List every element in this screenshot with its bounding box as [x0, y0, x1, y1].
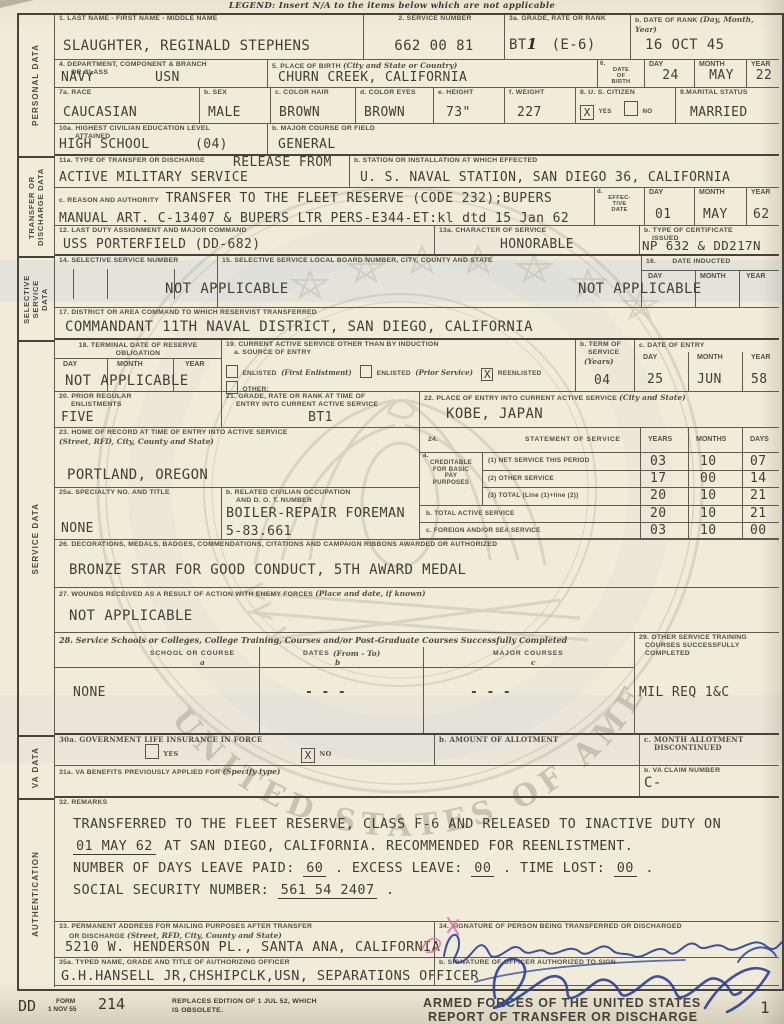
footer-dd: DD — [18, 997, 36, 1015]
box-23-label: 23. HOME OF RECORD AT TIME OF ENTRY INTO… — [59, 429, 417, 437]
box-13a-label: 13a. CHARACTER OF SERVICE — [439, 227, 637, 235]
box-13b-value: NP 632 & DD217N — [642, 238, 761, 253]
insurance-yes-label: YES — [163, 750, 178, 758]
box-7e-value: 73" — [446, 105, 471, 120]
sidebar-auth-label: AUTHENTICATION — [31, 851, 40, 937]
box-25b-civilian-occupation: b. RELATED CIVILIAN OCCUPATION AND D. O.… — [222, 488, 420, 540]
box-19c-month-value: JUN — [697, 372, 722, 387]
statement-row2-label: (2) OTHER SERVICE — [488, 475, 554, 483]
box-19c-date-of-entry: c. DATE OF ENTRY DAY MONTH YEAR 25 JUN 5… — [635, 340, 779, 392]
citizen-yes-checkbox: X — [580, 105, 594, 120]
box-27-label: 27. WOUNDS RECEIVED AS A RESULT OF ACTIO… — [59, 591, 313, 598]
box-19-source-of-entry: 19. CURRENT ACTIVE SERVICE OTHER THAN BY… — [222, 340, 576, 392]
statement-num: 24. — [428, 436, 438, 444]
box-18-year-header: YEAR — [185, 361, 204, 368]
box-5-label: 5. PLACE OF BIRTH — [272, 63, 341, 70]
box-19b-label1: b. TERM OF — [580, 341, 632, 349]
statement-row2-years: 17 — [650, 471, 666, 486]
box-32-remarks: 32. REMARKS TRANSFERRED TO THE FLEET RES… — [55, 798, 779, 922]
box-4-value-usn: USN — [155, 70, 180, 85]
box-5-note: (City and State or Country) — [343, 61, 457, 70]
statement-row4-label: b. TOTAL ACTIVE SERVICE — [426, 510, 514, 518]
box-26-label: 26. DECORATIONS, MEDALS, BADGES, COMMEND… — [59, 541, 777, 549]
box-11d-day-value: 01 — [655, 207, 671, 222]
box-31b-label: b. VA CLAIM NUMBER — [644, 767, 777, 775]
statement-row5-months: 10 — [700, 523, 716, 538]
remarks-line3d: . — [637, 860, 654, 876]
box-26-value: BRONZE STAR FOR GOOD CONDUCT, 5TH AWARD … — [69, 562, 466, 578]
box-25b-label1: b. RELATED CIVILIAN OCCUPATION — [226, 489, 417, 497]
footer-page-number: 1 — [760, 998, 770, 1017]
box-28-title: 28. Service Schools or Colleges, College… — [55, 633, 634, 645]
box-11c-label: c. REASON AND AUTHORITY — [59, 197, 159, 204]
box-7b-value: MALE — [208, 105, 241, 120]
box-11d-month-header: MONTH — [699, 189, 744, 196]
box-11d-month: MONTH MAY — [695, 188, 747, 226]
enlisted-first-note: (First Enlistment) — [281, 368, 352, 377]
box-9-marital: 9.MARITAL STATUS MARRIED — [676, 88, 779, 124]
box-31b-value: C- — [644, 775, 777, 791]
box-33-label1: 33. PERMANENT ADDRESS FOR MAILING PURPOS… — [59, 923, 432, 931]
box-28-col2-sub: b — [335, 658, 340, 667]
enlisted-first-label: ENLISTED — [242, 370, 276, 377]
statement-row3-years: 20 — [650, 488, 666, 503]
box-1-value: SLAUGHTER, REGINALD STEPHENS — [63, 38, 310, 54]
box-18-label1: 18. TERMINAL DATE OF RESERVE — [55, 340, 221, 350]
box-19c-day-header: DAY — [643, 354, 657, 361]
box-7c-label: c. COLOR HAIR — [275, 89, 353, 97]
box-3a-handwritten-1: 1 — [527, 35, 537, 53]
enlisted-first-checkbox — [226, 365, 238, 378]
box-25b-value2: 5-83.661 — [226, 524, 417, 539]
box-7a-value: CAUCASIAN — [63, 105, 137, 120]
box-12-value: USS PORTERFIELD (DD-682) — [63, 237, 260, 252]
box-6-day: DAY 24 — [645, 60, 695, 88]
box-10a-value-code: (04) — [195, 137, 228, 152]
box-16-month-header: MONTH — [700, 273, 726, 280]
statement-col-years: YEARS — [648, 436, 672, 443]
box-7e-label: e. HEIGHT — [438, 89, 502, 97]
box-18-label2: OBLIGATION — [55, 350, 221, 358]
box-16-day-header: DAY — [648, 273, 662, 280]
box-6-num: 6. — [600, 61, 606, 67]
box-31a-va-benefits: 31a. VA BENEFITS PREVIOUSLY APPLIED FOR … — [55, 766, 640, 798]
box-3b-label: b. DATE OF RANK — [635, 17, 698, 24]
box-28-col3-sub: c — [531, 658, 536, 667]
box-5-value: CHURN CREEK, CALIFORNIA — [278, 70, 467, 85]
box-19-label1: 19. CURRENT ACTIVE SERVICE OTHER THAN BY… — [226, 341, 573, 349]
statement-side-purposes: PURPOSES — [420, 480, 482, 487]
box-28-value3: - - - — [470, 685, 511, 700]
box-10a-education: 10a. HIGHEST CIVILIAN EDUCATION LEVEL AT… — [55, 124, 268, 156]
box-11a-value2: ACTIVE MILITARY SERVICE — [59, 170, 248, 185]
box-7f-weight: f. WEIGHT 227 — [505, 88, 576, 124]
box-3b-note2: Year) — [635, 25, 777, 34]
remarks-line4a: SOCIAL SECURITY NUMBER: — [73, 882, 278, 898]
box-19b-label2: SERVICE — [580, 349, 632, 357]
box-17-value: COMMANDANT 11TH NAVAL DISTRICT, SAN DIEG… — [65, 319, 533, 335]
box-6-month-header: MONTH — [699, 61, 744, 68]
box-7a-label: 7a. RACE — [59, 89, 197, 97]
box-12-label: 12. LAST DUTY ASSIGNMENT AND MAJOR COMMA… — [59, 227, 432, 235]
sidebar-authentication: AUTHENTICATION — [17, 798, 55, 987]
box-13a-character: 13a. CHARACTER OF SERVICE HONORABLE — [435, 226, 640, 256]
sidebar-va-label: VA DATA — [31, 747, 40, 788]
box-34-label: 34. SIGNATURE OF PERSON BEING TRANSFERRE… — [439, 923, 777, 931]
box-1-name: 1. LAST NAME - FIRST NAME - MIDDLE NAME … — [55, 14, 364, 60]
box-10a-label1: 10a. HIGHEST CIVILIAN EDUCATION LEVEL — [59, 125, 265, 133]
sidebar-personal-data: PERSONAL DATA — [17, 14, 55, 156]
remarks-time-lost-value: 00 — [614, 860, 637, 877]
box-35b-label: b. SIGNATURE OF OFFICER AUTHORIZED TO SI… — [439, 959, 777, 967]
box-24-statement: 24. STATEMENT OF SERVICE YEARS MONTHS DA… — [420, 428, 779, 540]
footer-form-date: 1 NOV 55 — [48, 1006, 77, 1013]
statement-title: STATEMENT OF SERVICE — [525, 436, 620, 444]
box-25a-label: 25a. SPECIALTY NO. AND TITLE — [59, 489, 219, 497]
footer-form-number: 214 — [98, 995, 125, 1013]
box-30c-label2: DISCONTINUED — [644, 744, 777, 752]
box-18-month-header: MONTH — [117, 361, 143, 368]
box-11d-month-value: MAY — [703, 207, 728, 222]
box-22-place-of-entry: 22. PLACE OF ENTRY INTO CURRENT ACTIVE S… — [420, 392, 779, 428]
box-11d-word3: DATE — [597, 207, 642, 213]
statement-row3-label: (3) TOTAL (Line (1)+line (2)) — [488, 492, 579, 500]
box-11d-year: YEAR 62 — [747, 188, 779, 226]
box-7d-value: BROWN — [364, 105, 405, 120]
box-35a-authorizing-officer: 35a. TYPED NAME, GRADE AND TITLE OF AUTH… — [55, 958, 435, 986]
box-9-value: MARRIED — [690, 105, 748, 120]
box-10b-label: b. MAJOR COURSE OR FIELD — [272, 125, 777, 133]
box-11d-year-value: 62 — [753, 207, 769, 222]
box-20-value: FIVE — [61, 410, 94, 425]
box-21-value: BT1 — [222, 410, 419, 425]
remarks-line2-rest: AT SAN DIEGO, CALIFORNIA. RECOMMENDED FO… — [156, 838, 634, 854]
box-20-label1: 20. PRIOR REGULAR — [59, 393, 219, 401]
box-27-wounds: 27. WOUNDS RECEIVED AS A RESULT OF ACTIO… — [55, 588, 779, 633]
box-31a-label: 31a. VA BENEFITS PREVIOUSLY APPLIED FOR — [59, 769, 220, 776]
statement-row4-days: 21 — [750, 506, 766, 521]
statement-col-months: MONTHS — [696, 436, 726, 443]
remarks-line3b: . EXCESS LEAVE: — [326, 860, 471, 876]
remarks-excess-leave-value: 00 — [471, 860, 494, 877]
remarks-line4b: . — [377, 882, 394, 898]
box-6-word3: BIRTH — [600, 79, 642, 85]
box-6-day-value: 24 — [649, 68, 692, 83]
box-21-label1: 21. GRADE, RATE OR RANK AT TIME OF — [226, 393, 417, 401]
box-11d-day-header: DAY — [649, 189, 692, 196]
box-23-value: PORTLAND, OREGON — [67, 467, 208, 483]
citizen-no-checkbox — [624, 101, 638, 116]
box-30c-month-discontinued: c. MONTH ALLOTMENT DISCONTINUED — [640, 735, 779, 766]
box-16-value-overlay: NOT APPLICABLE — [578, 281, 702, 297]
box-22-value: KOBE, JAPAN — [446, 406, 543, 422]
box-3a-label: 3a. GRADE, RATE OR RANK — [509, 15, 628, 23]
box-4-label1: 4. DEPARTMENT, COMPONENT & BRANCH — [59, 61, 265, 69]
box-10b-value: GENERAL — [278, 137, 336, 152]
remarks-line1: TRANSFERRED TO THE FLEET RESERVE, CLASS … — [73, 816, 777, 832]
box-6-year: YEAR 22 — [747, 60, 779, 88]
box-19c-month-header: MONTH — [697, 354, 723, 361]
box-11c-value2: MANUAL ART. C-13407 & BUPERS LTR PERS-E3… — [59, 211, 592, 226]
box-19b-value: 04 — [594, 373, 610, 388]
footer-form: FORM — [56, 998, 75, 1005]
statement-row4-months: 10 — [700, 506, 716, 521]
box-20-prior-enlistments: 20. PRIOR REGULAR ENLISTMENTS FIVE — [55, 392, 222, 428]
box-28-value1: NONE — [73, 685, 106, 700]
box-18-value-overlay: NOT APPLICABLE — [65, 373, 189, 389]
box-22-note: (City and State) — [619, 393, 686, 402]
statement-row1-months: 10 — [700, 454, 716, 469]
box-27-note: (Place and date, if known) — [315, 589, 425, 598]
box-30a-life-insurance: 30a. GOVERNMENT LIFE INSURANCE IN FORCE … — [55, 735, 435, 766]
box-28-col3-header: MAJOR COURSES — [493, 650, 563, 658]
reenlisted-checkbox: X — [481, 368, 493, 381]
statement-row3-months: 10 — [700, 488, 716, 503]
box-11d-day: DAY 01 — [645, 188, 695, 226]
box-19c-label: c. DATE OF ENTRY — [635, 340, 779, 350]
box-3a-value-e6: (E-6) — [552, 37, 596, 53]
box-11a-type: 11a. TYPE OF TRANSFER OR DISCHARGE RELEA… — [55, 156, 350, 188]
box-7f-value: 227 — [517, 105, 542, 120]
box-31a-note: (Specify type) — [222, 767, 280, 776]
box-23-note: (Street, RFD, City, County and State) — [59, 437, 417, 446]
box-4-department: 4. DEPARTMENT, COMPONENT & BRANCH OR CLA… — [55, 60, 268, 88]
box-19c-day-value: 25 — [647, 372, 663, 387]
box-11d-year-header: YEAR — [751, 189, 777, 196]
citizen-no-label: NO — [643, 108, 653, 115]
insurance-no-checkbox: X — [301, 748, 315, 763]
box-7e-height: e. HEIGHT 73" — [434, 88, 505, 124]
enlisted-prior-note: (Prior Service) — [415, 368, 473, 377]
box-3b-note: (Day, Month, — [700, 15, 754, 24]
box-19-label2: a. SOURCE OF ENTRY — [226, 349, 573, 357]
footer-replaces-line2: IS OBSOLETE. — [172, 1007, 223, 1014]
box-28-schools: 28. Service Schools or Colleges, College… — [55, 633, 635, 735]
statement-row4-years: 20 — [650, 506, 666, 521]
box-19c-year-value: 58 — [751, 372, 767, 387]
box-28-col1-sub: a — [200, 658, 205, 667]
box-35a-value: G.H.HANSELL JR,CHSHIPCLK,USN, SEPARATION… — [61, 968, 479, 984]
box-29-label1: 29. OTHER SERVICE TRAINING — [639, 634, 777, 642]
box-7f-label: f. WEIGHT — [509, 89, 573, 97]
box-13a-value: HONORABLE — [435, 237, 639, 252]
remarks-ssn-value: 561 54 2407 — [278, 882, 378, 899]
statement-row1-label: (1) NET SERVICE THIS PERIOD — [488, 457, 589, 465]
box-18-day-header: DAY — [63, 361, 77, 368]
box-15-label: 15. SELECTIVE SERVICE LOCAL BOARD NUMBER… — [222, 257, 639, 265]
box-11b-label: b. STATION OR INSTALLATION AT WHICH EFFE… — [354, 157, 777, 165]
statement-row2-months: 00 — [700, 471, 716, 486]
box-19b-term: b. TERM OF SERVICE (Years) 04 — [576, 340, 635, 392]
box-6-month: MONTH MAY — [695, 60, 747, 88]
box-28-value2: - - - — [305, 685, 346, 700]
box-9-label: 9.MARITAL STATUS — [680, 89, 777, 97]
box-33-value: 5210 W. HENDERSON PL., SANTA ANA, CALIFO… — [65, 939, 440, 955]
sidebar-selective-line2: SERVICE — [31, 280, 40, 318]
remarks-line2-date: 01 MAY 62 — [73, 838, 156, 855]
box-12-last-duty: 12. LAST DUTY ASSIGNMENT AND MAJOR COMMA… — [55, 226, 435, 256]
box-10b-major: b. MAJOR COURSE OR FIELD GENERAL — [268, 124, 779, 156]
sidebar-service-data: SERVICE DATA — [17, 340, 55, 735]
sidebar-personal-label: PERSONAL DATA — [31, 44, 40, 126]
box-29-other-training: 29. OTHER SERVICE TRAINING COURSES SUCCE… — [635, 633, 779, 735]
sidebar-selective-data: SELECTIVE SERVICE DATA — [17, 256, 55, 340]
sidebar-selective-line1: SELECTIVE — [22, 275, 31, 324]
box-17-district: 17. DISTRICT OR AREA COMMAND TO WHICH RE… — [55, 308, 779, 340]
box-7a-race: 7a. RACE CAUCASIAN — [55, 88, 200, 124]
box-28-col2-header: DATES — [303, 650, 330, 658]
dd214-form-page: UNITED STATES OF AMERICA LEGEND: Insert … — [0, 0, 784, 1024]
citizen-yes-label: YES — [598, 108, 611, 115]
statement-row5-label: c. FOREIGN AND/OR SEA SERVICE — [426, 527, 541, 535]
box-2-service-number: 2. SERVICE NUMBER 662 00 81 — [364, 14, 505, 60]
box-11a-value1: RELEASE FROM — [233, 155, 332, 170]
box-10a-value: HIGH SCHOOL — [59, 137, 150, 152]
box-17-label: 17. DISTRICT OR AREA COMMAND TO WHICH RE… — [59, 309, 777, 317]
footer-title-line2: REPORT OF TRANSFER OR DISCHARGE — [428, 1010, 698, 1024]
remarks-line3a: NUMBER OF DAYS LEAVE PAID: — [73, 860, 303, 876]
enlisted-prior-label: ENLISTED — [377, 370, 411, 377]
box-19b-note: (Years) — [580, 357, 632, 366]
box-3b-date-of-rank: b. DATE OF RANK (Day, Month, Year) 16 OC… — [631, 14, 779, 60]
remarks-line3c: . TIME LOST: — [494, 860, 613, 876]
statement-row5-years: 03 — [650, 523, 666, 538]
box-32-label: 32. REMARKS — [59, 799, 777, 807]
box-14-label: 14. SELECTIVE SERVICE NUMBER — [59, 257, 215, 265]
box-11c-reason: c. REASON AND AUTHORITY TRANSFER TO THE … — [55, 188, 595, 226]
box-31b-claim-number: b. VA CLAIM NUMBER C- — [640, 766, 779, 798]
sidebar-transfer-data: TRANSFER OR DISCHARGE DATA — [17, 156, 55, 256]
box-7d-color-eyes: d. COLOR EYES BROWN — [356, 88, 434, 124]
box-8-citizen: 8. U. S. CITIZEN X YES NO — [576, 88, 676, 124]
box-1-label: 1. LAST NAME - FIRST NAME - MIDDLE NAME — [59, 15, 361, 23]
statement-row5-days: 00 — [750, 523, 766, 538]
box-35a-label: 35a. TYPED NAME, GRADE AND TITLE OF AUTH… — [59, 959, 432, 967]
statement-row3-days: 21 — [750, 488, 766, 503]
box-13b-label1: b. TYPE OF CERTIFICATE — [644, 227, 777, 235]
box-3a-grade: 3a. GRADE, RATE OR RANK BT1 (E-6) — [505, 14, 631, 60]
box-19c-year-header: YEAR — [751, 354, 770, 361]
box-6-year-header: YEAR — [751, 61, 777, 68]
box-7c-value: BROWN — [279, 105, 320, 120]
box-29-label2: COURSES SUCCESSFULLY — [639, 642, 777, 650]
box-29-value: MIL REQ 1&C — [639, 685, 730, 700]
box-7b-label: b. SEX — [204, 89, 268, 97]
sidebar-selective-line3: DATA — [40, 288, 49, 311]
statement-col-days: DAYS — [750, 436, 769, 443]
insurance-yes-checkbox — [145, 744, 159, 759]
legend: LEGEND: Insert N/A to the items below wh… — [0, 1, 784, 11]
box-7b-sex: b. SEX MALE — [200, 88, 271, 124]
box-7d-label: d. COLOR EYES — [360, 89, 431, 97]
box-5-place-of-birth: 5. PLACE OF BIRTH (City and State or Cou… — [268, 60, 598, 88]
footer-title-line1: ARMED FORCES OF THE UNITED STATES — [423, 996, 701, 1010]
box-28-col2-note: (From - To) — [333, 649, 380, 658]
box-6-day-header: DAY — [649, 61, 692, 68]
box-3b-value: 16 OCT 45 — [645, 37, 724, 53]
box-11c-value1: TRANSFER TO THE FLEET RESERVE (CODE 232)… — [165, 191, 552, 206]
box-4-value-navy: NAVY — [61, 70, 94, 85]
box-11b-value: U. S. NAVAL STATION, SAN DIEGO 36, CALIF… — [360, 170, 730, 185]
sidebar-service-label: SERVICE DATA — [31, 503, 40, 574]
box-22-label: 22. PLACE OF ENTRY INTO CURRENT ACTIVE S… — [424, 395, 617, 402]
box-33-permanent-address: 33. PERMANENT ADDRESS FOR MAILING PURPOS… — [55, 922, 435, 958]
box-25a-value: NONE — [61, 521, 94, 536]
box-6-year-value: 22 — [751, 68, 777, 83]
box-13b-certificate: b. TYPE OF CERTIFICATE ISSUED NP 632 & D… — [640, 226, 779, 256]
reenlisted-label: REENLISTED — [498, 370, 542, 377]
remarks-leave-paid-value: 60 — [303, 860, 326, 877]
box-20-label2: ENLISTMENTS — [59, 401, 219, 409]
box-30b-allotment: b. AMOUNT OF ALLOTMENT — [435, 735, 640, 766]
box-16-num: 16. — [646, 258, 656, 265]
box-23-home-of-record: 23. HOME OF RECORD AT TIME OF ENTRY INTO… — [55, 428, 420, 488]
statement-row1-years: 03 — [650, 454, 666, 469]
sidebar-va-data: VA DATA — [17, 735, 55, 798]
statement-row1-days: 07 — [750, 454, 766, 469]
box-27-value: NOT APPLICABLE — [69, 608, 193, 624]
box-35b-officer-signature: b. SIGNATURE OF OFFICER AUTHORIZED TO SI… — [435, 958, 779, 986]
box-8-label: 8. U. S. CITIZEN — [580, 89, 673, 97]
box-11d-effective-label: d. EFFEC- TIVE DATE — [595, 188, 645, 226]
box-7c-color-hair: c. COLOR HAIR BROWN — [271, 88, 356, 124]
enlisted-prior-checkbox — [360, 365, 372, 378]
box-2-value: 662 00 81 — [364, 38, 504, 54]
box-25b-value1: BOILER-REPAIR FOREMAN — [226, 505, 417, 521]
insurance-no-label: NO — [319, 750, 331, 758]
box-30b-label: b. AMOUNT OF ALLOTMENT — [439, 736, 637, 744]
box-16-label: DATE INDUCTED — [672, 258, 730, 265]
box-21-label2: ENTRY INTO CURRENT ACTIVE SERVICE — [226, 401, 417, 409]
box-28-col1-header: SCHOOL OR COURSE — [150, 650, 235, 658]
box-6-dob-label: 6. DATE OF BIRTH — [598, 60, 645, 88]
sidebar-transfer-line2: DISCHARGE DATA — [36, 168, 45, 246]
box-21-grade-at-entry: 21. GRADE, RATE OR RANK AT TIME OF ENTRY… — [222, 392, 420, 428]
box-16-year-header: YEAR — [746, 273, 765, 280]
box-2-label: 2. SERVICE NUMBER — [368, 15, 502, 23]
box-25b-label2: AND D. O. T. NUMBER — [226, 497, 417, 505]
sidebar-transfer-line1: TRANSFER OR — [27, 176, 36, 239]
box-3a-value-bt: BT — [509, 37, 527, 53]
footer-replaces-line1: REPLACES EDITION OF 1 JUL 52, WHICH — [172, 998, 317, 1005]
box-25a-specialty: 25a. SPECIALTY NO. AND TITLE NONE — [55, 488, 222, 540]
box-34-person-signature: 34. SIGNATURE OF PERSON BEING TRANSFERRE… — [435, 922, 779, 958]
box-26-decorations: 26. DECORATIONS, MEDALS, BADGES, COMMEND… — [55, 540, 779, 588]
box-15-value-overlay: NOT APPLICABLE — [165, 281, 289, 297]
box-11b-station: b. STATION OR INSTALLATION AT WHICH EFFE… — [350, 156, 779, 188]
box-6-month-value: MAY — [699, 68, 744, 83]
statement-row2-days: 14 — [750, 471, 766, 486]
box-29-label3: COMPLETED — [639, 650, 777, 658]
